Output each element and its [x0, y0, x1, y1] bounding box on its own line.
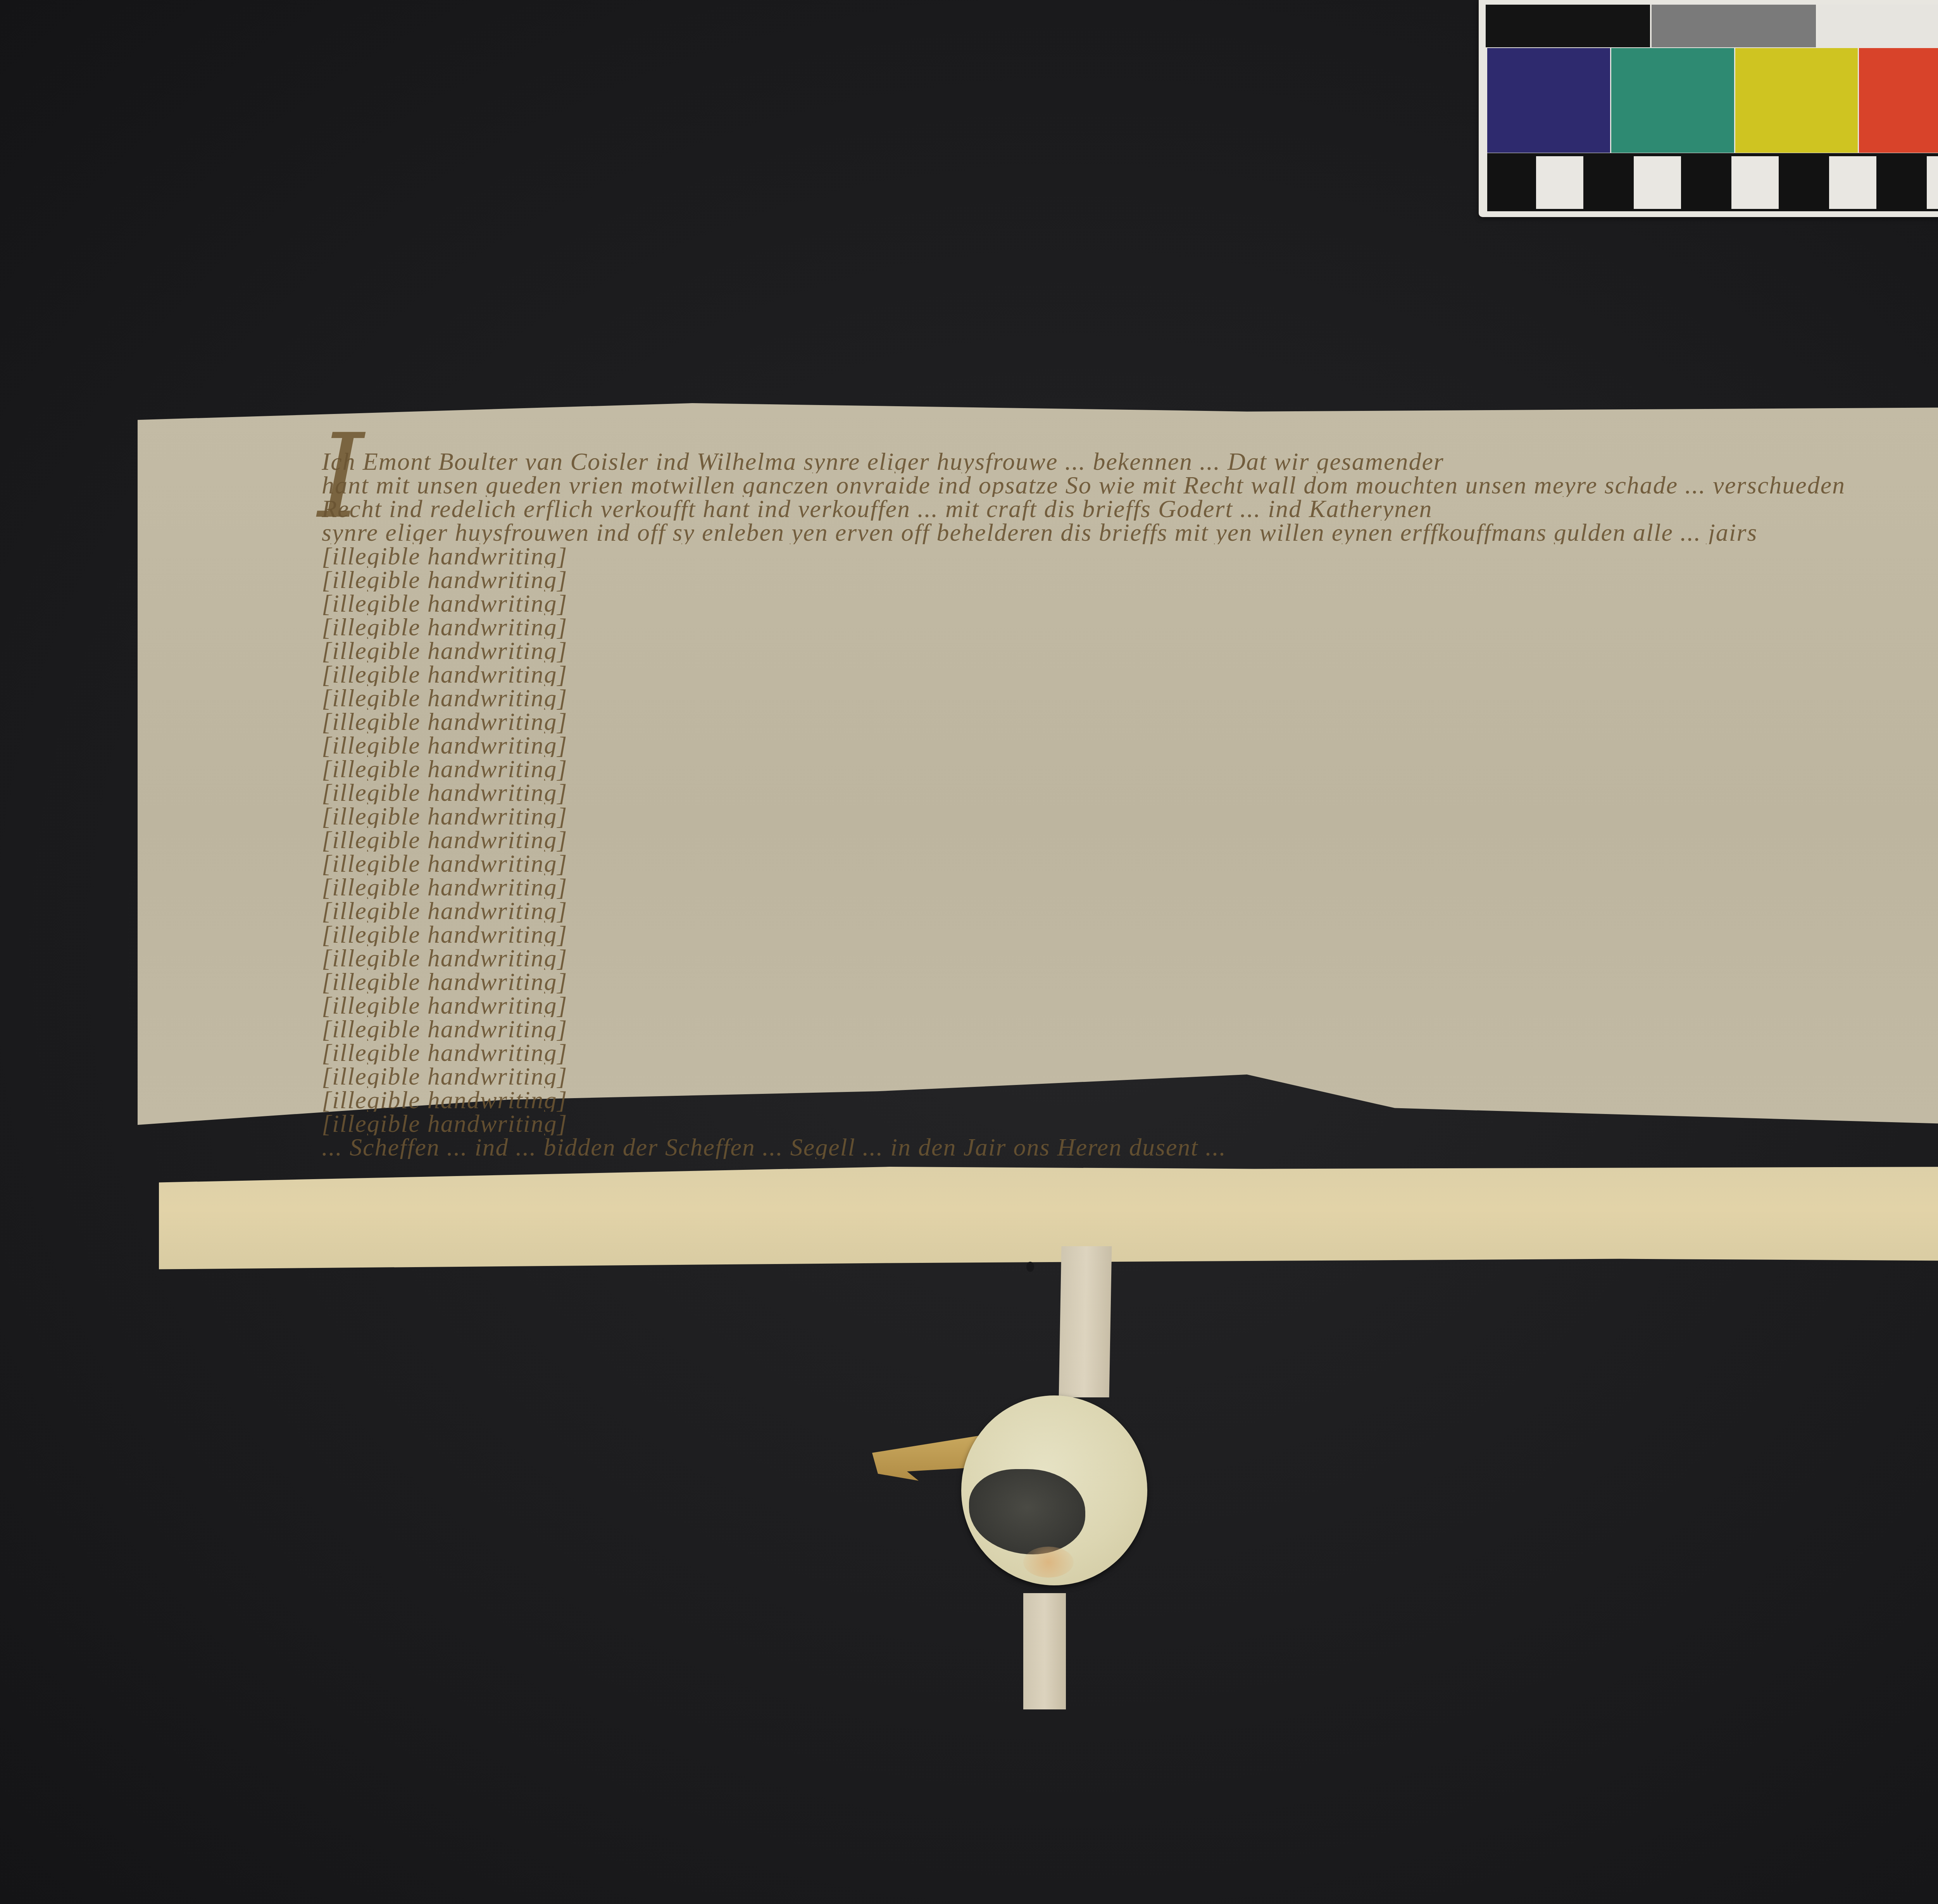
- text-line: [illegible handwriting]: [322, 710, 1938, 733]
- text-line: [illegible handwriting]: [322, 757, 1938, 781]
- text-line: [illegible handwriting]: [322, 733, 1938, 757]
- gray-patch: [1652, 5, 1816, 47]
- text-line: [illegible handwriting]: [322, 568, 1938, 592]
- text-line: [illegible handwriting]: [322, 852, 1938, 875]
- red-patch: [1859, 48, 1938, 153]
- text-line: synre eliger huysfrouwen ind off sy enle…: [322, 521, 1938, 544]
- text-line: [illegible handwriting]: [322, 592, 1938, 615]
- text-line: ... Scheffen ... ind ... bidden der Sche…: [322, 1135, 1938, 1159]
- seal-tag-upper: [1059, 1246, 1112, 1397]
- text-line: [illegible handwriting]: [322, 1017, 1938, 1041]
- text-line: Recht ind redelich erflich verkoufft han…: [322, 497, 1938, 521]
- scale-tick: [1536, 156, 1583, 209]
- scale-tick: [1927, 156, 1938, 209]
- text-line: [illegible handwriting]: [322, 946, 1938, 970]
- white-patch: [1817, 5, 1938, 47]
- text-line: [illegible handwriting]: [322, 686, 1938, 710]
- color-patches: [1487, 48, 1938, 153]
- seal-hole: [1026, 1262, 1034, 1272]
- text-line: [illegible handwriting]: [322, 1112, 1938, 1135]
- cm-scale-bar: cm: [1487, 153, 1938, 211]
- text-line: [illegible handwriting]: [322, 804, 1938, 828]
- text-line: [illegible handwriting]: [322, 899, 1938, 923]
- text-line: [illegible handwriting]: [322, 993, 1938, 1017]
- scale-tick: [1634, 156, 1681, 209]
- text-line: [illegible handwriting]: [322, 1064, 1938, 1088]
- text-line: [illegible handwriting]: [322, 615, 1938, 639]
- color-calibration-card: cm: [1479, 0, 1938, 217]
- text-line: [illegible handwriting]: [322, 662, 1938, 686]
- text-line: [illegible handwriting]: [322, 875, 1938, 899]
- text-line: [illegible handwriting]: [322, 923, 1938, 946]
- text-line: Ich Emont Boulter van Coisler ind Wilhel…: [322, 450, 1938, 473]
- plica-folded-edge: [159, 1167, 1938, 1271]
- black-patch: [1486, 5, 1650, 47]
- yellow-patch: [1735, 48, 1858, 153]
- blue-patch: [1487, 48, 1610, 153]
- charter-text: Ich Emont Boulter van Coisler ind Wilhel…: [322, 450, 1938, 1217]
- text-line: [illegible handwriting]: [322, 1041, 1938, 1064]
- scale-tick: [1829, 156, 1876, 209]
- text-line: [illegible handwriting]: [322, 544, 1938, 568]
- text-line: [illegible handwriting]: [322, 1088, 1938, 1112]
- seal-stain: [1023, 1547, 1074, 1578]
- text-line: [illegible handwriting]: [322, 781, 1938, 804]
- scale-tick: [1731, 156, 1779, 209]
- text-line: [illegible handwriting]: [322, 970, 1938, 993]
- green-patch: [1611, 48, 1734, 153]
- text-line: hant mit unsen gueden vrien motwillen ga…: [322, 473, 1938, 497]
- grayscale-patches: [1486, 5, 1938, 47]
- text-line: [illegible handwriting]: [322, 639, 1938, 662]
- seal-tag-lower: [1023, 1593, 1066, 1709]
- text-line: [illegible handwriting]: [322, 828, 1938, 852]
